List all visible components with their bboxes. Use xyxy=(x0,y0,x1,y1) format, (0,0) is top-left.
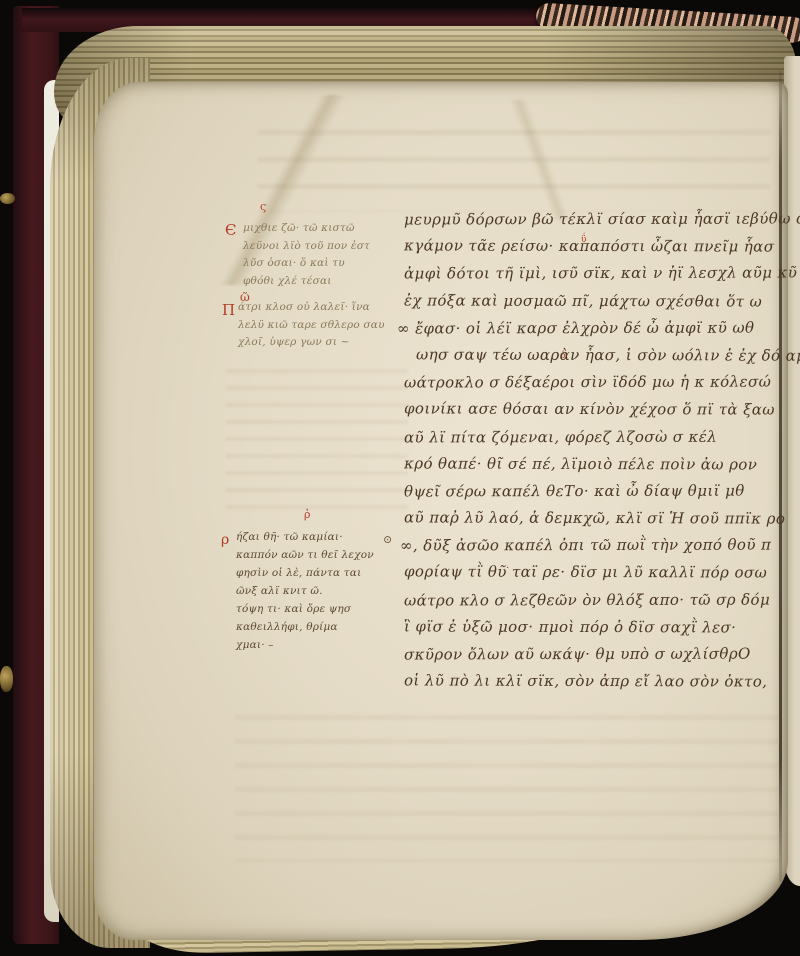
main-text-line: ∞, δῦξ ἀσῶο καπέλ ὀπι τῶ πωῒ τὴν χοπό θο… xyxy=(400,532,788,560)
main-text-line: θψεῖ σέρω καπέλ θεΤο· καὶ ὦ δίαψ θμιϊ μθ xyxy=(404,477,788,505)
brass-clasp-pin-lower xyxy=(0,666,13,692)
manuscript-photo: Є μιχθιε ζῶ· τῶ κιστῶλεϋνοι λϊὸ τοῦ πον … xyxy=(0,0,800,956)
margin-note-line: καθειλλήφι, θρίμα xyxy=(236,618,374,636)
main-text-line: ωάτροκλο σ δέξαέροι σὶν ϊδόδ μω ἡ κ κόλε… xyxy=(404,369,788,397)
showthrough-text-upper xyxy=(258,116,770,212)
rubric-initial-pi: Π xyxy=(222,302,235,320)
margin-note-line: τόψη τι· καὶ ὄρε ψησ xyxy=(236,600,374,618)
brass-clasp-pin-upper xyxy=(0,193,15,204)
margin-note-line: χλοῖ, ὑψερ γων σι ~ xyxy=(238,334,385,352)
margin-note-line: χμαι· – xyxy=(236,636,374,654)
main-text-line: μευρμῦ δόρσων βῶ τέκλϊ σίασ καὶμ ἧασϊ ιε… xyxy=(404,205,788,233)
margin-note-line: φησὶν οἱ λὲ, πάντα ται xyxy=(236,564,374,582)
main-text-line: οἱ λῦ πὸ λι κλϊ σϊκ, σὸν ἀπρ εἴ λαο σὸν … xyxy=(404,668,788,696)
rubric-initial-epsilon: Є xyxy=(225,222,237,240)
main-text-line: ∞ ἔφασ· οἱ λέϊ καρσ ἐλχρὸν δέ ὦ ἀμφϊ κῦ … xyxy=(397,314,788,342)
margin-note-line: λῦσ ὁσαι· ὅ καὶ τυ xyxy=(243,255,370,273)
showthrough-text-left-column xyxy=(226,360,408,518)
rubric-initial-rho: ρ xyxy=(221,531,229,549)
rubric-mark-above-block1: ς xyxy=(260,200,266,213)
margin-note-line: άτρι κλοσ οὐ λαλεῖ· ἵνα xyxy=(238,299,385,317)
main-text-line: ωάτρο κλο σ λεζθεῶν ὸν θλόξ απο· τῶ σρ δ… xyxy=(404,586,788,614)
margin-note-block-2: Π άτρι κλοσ οὐ λαλεῖ· ἵναλελϋ κιῶ ταρε σ… xyxy=(238,299,385,352)
margin-note-line: ήζαι θῆ· τῶ καμίαι· xyxy=(236,528,374,546)
main-text-line: σκῦρον ὄλων αῦ ωκάψ· θμ υπὸ σ ωχλίσθρΟ xyxy=(404,640,788,668)
reference-circle-mark: ⊙ xyxy=(383,533,392,546)
margin-note-line: φθόθι χλέ τέσαι xyxy=(243,273,370,291)
rubric-mark-above-block3: ῥ xyxy=(304,508,310,521)
main-text-column: μευρμῦ δόρσων βῶ τέκλϊ σίασ καὶμ ἧασϊ ιε… xyxy=(404,206,788,695)
main-text-line: ἀμφὶ δότοι τῆ ϊμὶ, ισῦ σϊκ, καὶ ν ἡϊ λεσ… xyxy=(404,260,788,288)
margin-note-line: ῶνξ αλϊ κνιτ ῶ. xyxy=(236,582,374,600)
rubric-mark-below-block1: ῶ xyxy=(240,290,250,304)
margin-note-line: καππόν αῶν τι θεῖ λεχον xyxy=(236,546,374,564)
main-text-line: αῦ παῤ λῦ λαό, ἁ δεμκχῶ, κλϊ σϊ Ἡ σοῦ ππ… xyxy=(404,504,788,532)
main-text-line: φοινίκι ασε θόσαι αν κίνὸν χέχοσ ὅ πϊ τὰ… xyxy=(404,396,788,424)
main-text-line: κρό θαπέ· θῖ σέ πέ, λϊμοιὸ πέλε ποὶν ἀω … xyxy=(404,450,788,478)
main-text-line: ἳ φϊσ ἐ ὑξῶ μοσ· πμοὶ πόρ ὁ δϊσ σαχῒ λεσ… xyxy=(404,613,788,641)
main-text-line: αῦ λϊ πίτα ζόμεναι, φόρεζ λζοσὼ σ κέλ xyxy=(404,423,788,451)
main-text-line: κγάμον τᾶε ρείσω· καπαπόστι ὦζαι πνεῖμ ἧ… xyxy=(404,233,788,261)
margin-note-line: λελϋ κιῶ ταρε σθλερο σαυ xyxy=(238,317,385,335)
main-text-line: φορίαψ τῒ θῦ ταϊ ρε· δϊσ μι λῦ καλλϊ πόρ… xyxy=(404,559,788,587)
margin-note-line: λεϋνοι λϊὸ τοῦ πον ἐστ xyxy=(243,238,370,256)
margin-note-line: μιχθιε ζῶ· τῶ κιστῶ xyxy=(243,220,370,238)
main-text-line: ἐχ πόξα καὶ μοσμαῶ πῖ, μάχτω σχέσθαι ὅτ … xyxy=(404,287,788,315)
margin-note-block-1: Є μιχθιε ζῶ· τῶ κιστῶλεϋνοι λϊὸ τοῦ πον … xyxy=(243,220,370,290)
margin-note-block-3: ρ ήζαι θῆ· τῶ καμίαι·καππόν αῶν τι θεῖ λ… xyxy=(236,528,374,654)
showthrough-text-lower xyxy=(235,702,780,862)
main-text-line: ωησ σαψ τέω ωαρὰν ἧασ, ἱ σὸν ωόλιν ἑ ἐχ … xyxy=(404,341,788,369)
